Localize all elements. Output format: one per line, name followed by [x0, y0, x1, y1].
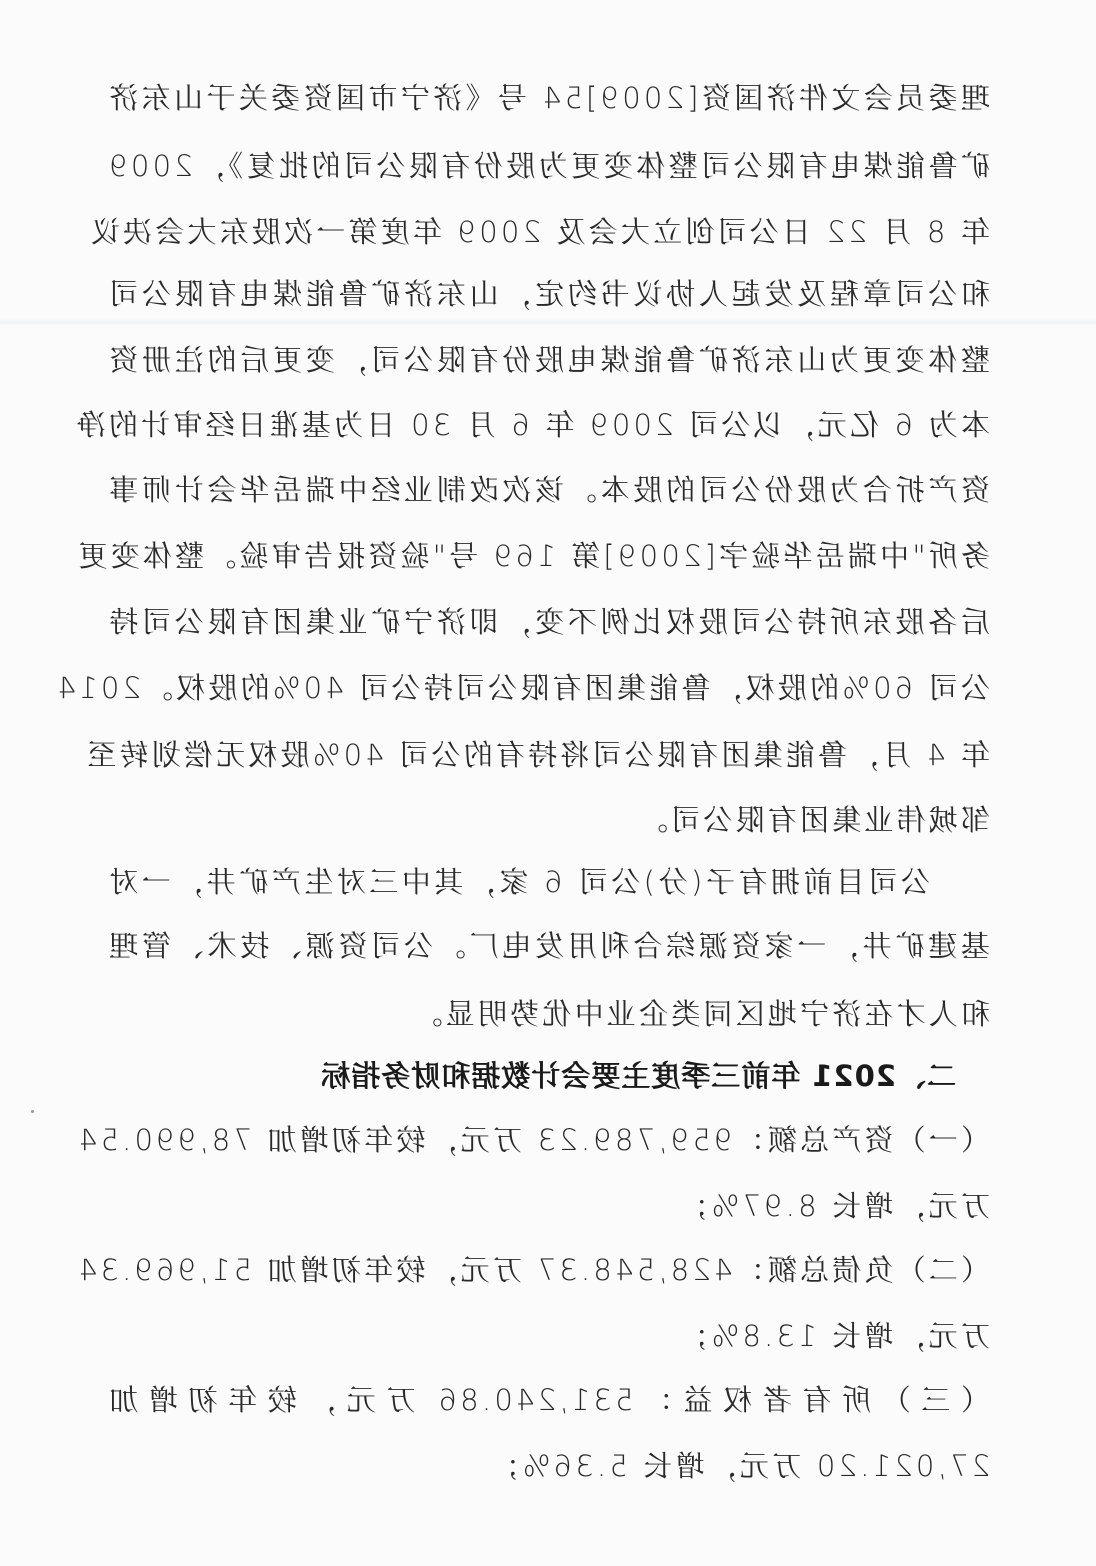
financial-item-line: （一）资产总额：959,789.23 万元，较年初增加 78,990.54 — [106, 1120, 990, 1160]
paragraph1-line: 和公司章程及发起人协议书约定，山东济矿鲁能煤电有限公司 — [106, 274, 990, 314]
financial-item-line: （三）所有者权益：531,240.86 万元，较年初增加 — [106, 1380, 990, 1420]
paragraph2-line: 基建矿井，一家资源综合利用发电厂。公司资源、技术、管理 — [106, 926, 990, 966]
paragraph1-line: 矿鲁能煤电有限公司整体变更为股份有限公司的批复》，2009 — [106, 146, 990, 186]
paragraph1-line: 务所"中瑞岳华验字[2009]第 169 号"验资报告审验。整体变更 — [106, 536, 990, 576]
paragraph1-line: 理委员会文件济国资[2009]54 号《济宁市国资委关于山东济 — [106, 78, 990, 118]
paragraph1-line: 资产折合为股份公司的股本。该次改制业经中瑞岳华会计师事 — [106, 470, 990, 510]
paragraph1-line: 本为 6 亿元，以公司 2009 年 6 月 30 日为基准日经审计的净 — [106, 405, 990, 445]
paragraph1-line: 邹城伟业集团有限公司。 — [106, 800, 990, 840]
paragraph2-line: 公司目前拥有子(分)公司 6 家，其中三对生产矿井，一对 — [106, 862, 990, 902]
financial-item-line: 万元，增长 13.8%； — [106, 1316, 990, 1356]
paragraph2-line: 和人才在济宁地区同类企业中优势明显。 — [106, 994, 990, 1034]
financial-item-line: （二）负债总额：428,548.37 万元，较年初增加 51,969.34 — [106, 1250, 990, 1290]
section-heading: 二、2021 年前三季度主要会计数据和财务指标 — [106, 1056, 990, 1096]
financial-item-line: 27,021.20 万元，增长 5.36%； — [106, 1446, 990, 1486]
scan-artifact — [0, 318, 1096, 326]
paragraph1-line: 公司 60%的股权，鲁能集团有限公司持公司 40%的股权。2014 — [106, 668, 990, 708]
paragraph1-line: 整体变更为山东济矿鲁能煤电股份有限公司，变更后的注册资 — [106, 340, 990, 380]
paragraph1-line: 年 8 月 22 日公司创立大会及 2009 年度第一次股东大会决议 — [106, 212, 990, 252]
paragraph1-line: 后各股东所持公司股权比例不变，即济宁矿业集团有限公司持 — [106, 602, 990, 642]
paragraph1-line: 年 4 月，鲁能集团有限公司将持有的公司 40%股权无偿划转至 — [106, 735, 990, 775]
document-page: 理委员会文件济国资[2009]54 号《济宁市国资委关于山东济 矿鲁能煤电有限公… — [0, 0, 1096, 1566]
scan-speck — [31, 1110, 34, 1113]
financial-item-line: 万元，增长 8.97%； — [106, 1186, 990, 1226]
